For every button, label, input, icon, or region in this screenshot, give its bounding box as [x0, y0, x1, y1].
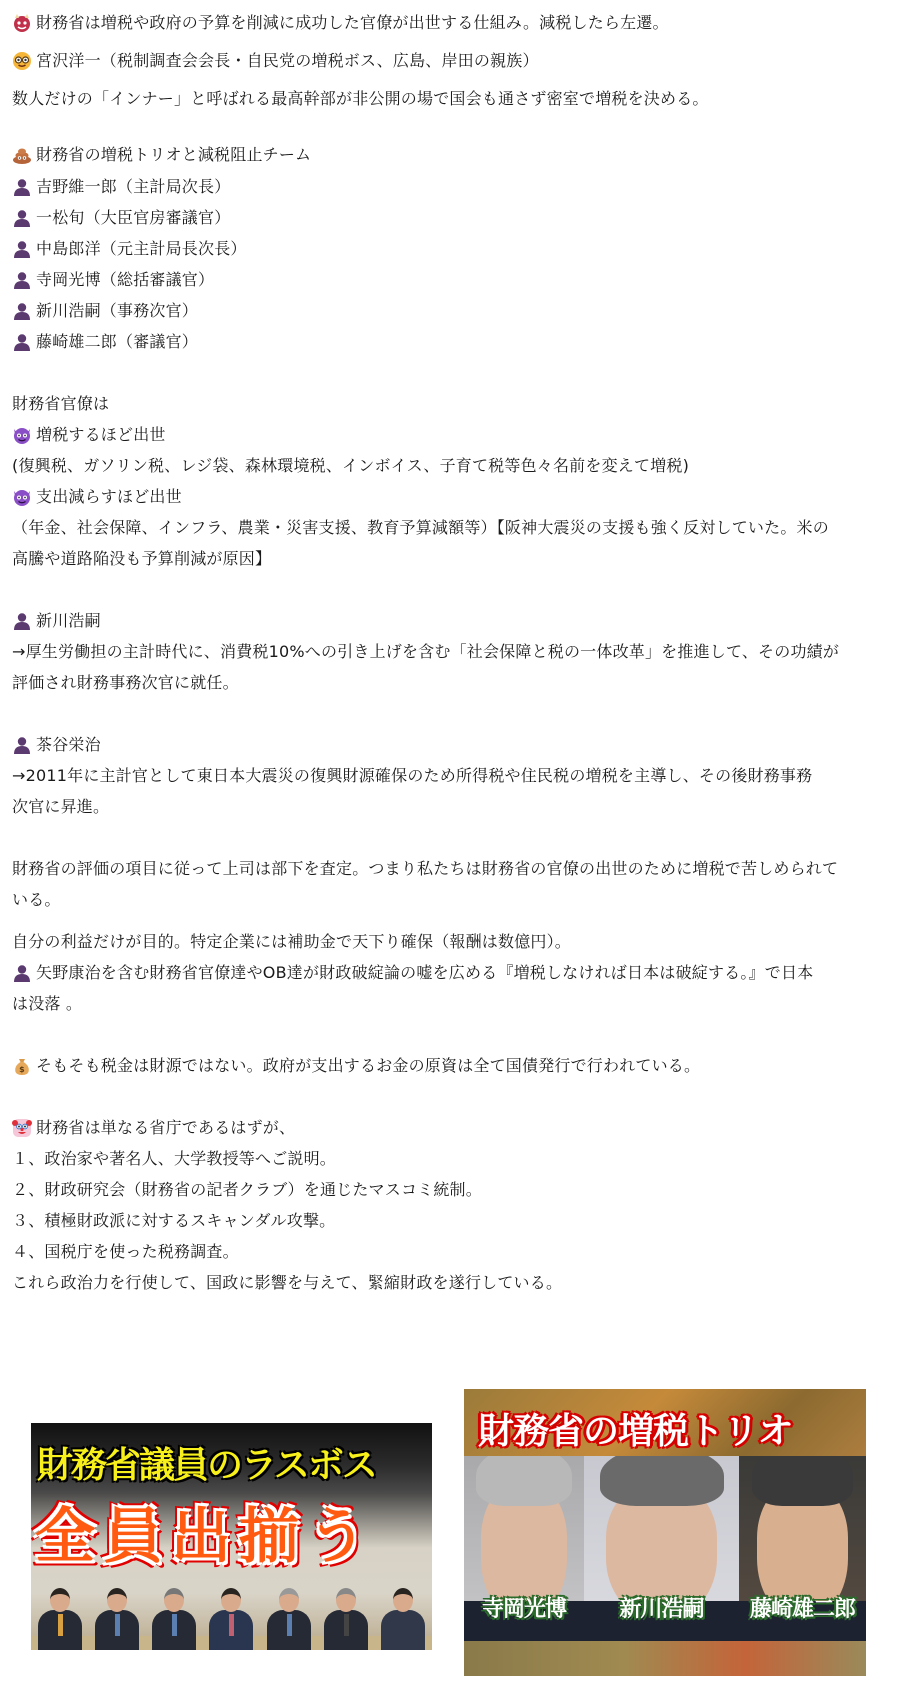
- money-bag-icon: $: [12, 1056, 32, 1076]
- person-list-item: 吉野維一郎（主計局次長）: [12, 175, 230, 199]
- portrait-name: 新川浩嗣: [584, 1592, 739, 1623]
- person-icon: [12, 735, 32, 755]
- line-text: 寺岡光博（総括審議官）: [36, 268, 214, 292]
- person-icon: [12, 332, 32, 352]
- portrait-fujisaki: 藤崎雄二郎: [739, 1456, 866, 1641]
- line-text: 藤崎雄二郎（審議官）: [36, 330, 198, 354]
- text-line-shinkawa-name: 新川浩嗣: [12, 609, 101, 633]
- meeting-attendees: [31, 1570, 432, 1650]
- line-text: 高騰や道路陥没も予算削減が原因】: [12, 547, 271, 571]
- numbered-list-item: ２、財政研究会（財務省の記者クラブ）を通じたマスコミ統制。: [12, 1178, 482, 1202]
- line-text: 自分の利益だけが目的。特定企業には補助金で天下り確保（報酬は数億円）。: [12, 930, 571, 954]
- text-line-spending-list-cont: 高騰や道路陥没も予算削減が原因】: [12, 547, 271, 571]
- person-icon: [12, 301, 32, 321]
- smiling-devil-icon: [12, 425, 32, 445]
- attendee-figure: [152, 1588, 196, 1650]
- line-text: そもそも税金は財源ではない。政府が支出するお金の原資は全て国債発行で行われている…: [36, 1054, 700, 1078]
- text-line-yano: 矢野康治を含む財務省官僚達やOB達が財政破綻論の嘘を広める『増税しなければ日本は…: [12, 961, 813, 985]
- portrait-shinkawa: 新川浩嗣: [584, 1456, 739, 1641]
- person-list-item: 一松旬（大臣官房審議官）: [12, 206, 230, 230]
- line-text: 財務省の増税トリオと減税阻止チーム: [36, 143, 311, 167]
- line-text: いる。: [12, 888, 61, 912]
- person-icon: [12, 270, 32, 290]
- portrait-name: 藤崎雄二郎: [739, 1592, 866, 1623]
- text-line-bureaucrats: 財務省官僚は: [12, 392, 109, 416]
- line-text: 吉野維一郎（主計局次長）: [36, 175, 230, 199]
- line-text: (復興税、ガソリン税、レジ袋、森林環境税、インボイス、子育て税等色々名前を変えて…: [12, 454, 689, 478]
- person-list-item: 寺岡光博（総括審議官）: [12, 268, 214, 292]
- portrait-teraoka: 寺岡光博: [464, 1456, 584, 1641]
- line-text: 評価され財務事務次官に就任。: [12, 671, 239, 695]
- line-text: １、政治家や著名人、大学教授等へご説明。: [12, 1147, 336, 1171]
- text-line-ministry-role: 財務省は単なる省庁であるはずが、: [12, 1116, 295, 1140]
- text-line-chatani-desc: →2011年に主計官として東日本大震災の復興財源確保のため所得税や住民税の増税を…: [12, 764, 812, 788]
- text-line-trio-heading: 財務省の増税トリオと減税阻止チーム: [12, 143, 311, 167]
- line-text: 一松旬（大臣官房審議官）: [36, 206, 230, 230]
- numbered-list-item: １、政治家や著名人、大学教授等へご説明。: [12, 1147, 336, 1171]
- text-line-inner: 数人だけの「インナー」と呼ばれる最高幹部が非公開の場で国会も通さず密室で増税を決…: [12, 87, 709, 111]
- text-line-chatani-name: 茶谷栄治: [12, 733, 101, 757]
- line-text: （年金、社会保障、インフラ、農業・災害支援、教育予算減額等）【阪神大震災の支援も…: [12, 516, 829, 540]
- boss-thumbnail-image: 財務省議員のラスボス 全員出揃う: [31, 1423, 432, 1650]
- text-line-spending-list: （年金、社会保障、インフラ、農業・災害支援、教育予算減額等）【阪神大震災の支援も…: [12, 516, 829, 540]
- text-line-tax-list: (復興税、ガソリン税、レジ袋、森林環境税、インボイス、子育て税等色々名前を変えて…: [12, 454, 689, 478]
- attendee-figure: [381, 1588, 425, 1650]
- clown-face-icon: [12, 1118, 32, 1138]
- line-text: →厚生労働担の主計時代に、消費税10%への引き上げを含む「社会保障と税の一体改革…: [12, 640, 839, 664]
- person-icon: [12, 611, 32, 631]
- trio-thumbnail-image: 財務省の増税トリオ 寺岡光博 新川浩嗣 藤崎雄二郎: [464, 1389, 866, 1676]
- text-line-evaluation: 財務省の評価の項目に従って上司は部下を査定。つまり私たちは財務省の官僚の出世のた…: [12, 857, 838, 881]
- line-text: 財務省は増税や政府の予算を削減に成功した官僚が出世する仕組み。減税したら左遷。: [36, 11, 669, 35]
- text-line-ogre-intro: 財務省は増税や政府の予算を削減に成功した官僚が出世する仕組み。減税したら左遷。: [12, 11, 669, 35]
- svg-text:$: $: [19, 1065, 25, 1074]
- line-text: ３、積極財政派に対するスキャンダル攻撃。: [12, 1209, 335, 1233]
- smiling-devil-icon: [12, 487, 32, 507]
- line-text: 次官に昇進。: [12, 795, 109, 819]
- text-line-chatani-desc-cont: 次官に昇進。: [12, 795, 109, 819]
- person-icon: [12, 177, 32, 197]
- trio-thumbnail-title: 財務省の増税トリオ: [478, 1403, 858, 1454]
- text-line-shinkawa-desc: →厚生労働担の主計時代に、消費税10%への引き上げを含む「社会保障と税の一体改革…: [12, 640, 839, 664]
- attendee-figure: [95, 1588, 139, 1650]
- nerd-face-icon: [12, 51, 32, 71]
- person-icon: [12, 963, 32, 983]
- line-text: 矢野康治を含む財務省官僚達やOB達が財政破綻論の嘘を広める『増税しなければ日本は…: [36, 961, 813, 985]
- line-text: 中島郎洋（元主計局長次長）: [36, 237, 247, 261]
- text-line-miyazawa: 宮沢洋一（税制調査会会長・自民党の増税ボス、広島、岸田の親族）: [12, 49, 539, 73]
- person-list-item: 藤崎雄二郎（審議官）: [12, 330, 198, 354]
- line-text: 増税するほど出世: [36, 423, 166, 447]
- attendee-figure: [209, 1588, 253, 1650]
- line-text: 新川浩嗣（事務次官）: [36, 299, 198, 323]
- person-list-item: 中島郎洋（元主計局長次長）: [12, 237, 247, 261]
- line-text: →2011年に主計官として東日本大震災の復興財源確保のため所得税や住民税の増税を…: [12, 764, 812, 788]
- numbered-list-item: ３、積極財政派に対するスキャンダル攻撃。: [12, 1209, 335, 1233]
- text-line-yano-cont: は没落 。: [12, 992, 82, 1016]
- poop-icon: [12, 145, 32, 165]
- ogre-icon: [12, 13, 32, 33]
- text-line-money-source: $ そもそも税金は財源ではない。政府が支出するお金の原資は全て国債発行で行われて…: [12, 1054, 700, 1078]
- article-body: 財務省は増税や政府の予算を削減に成功した官僚が出世する仕組み。減税したら左遷。 …: [0, 0, 903, 1681]
- line-text: 財務省官僚は: [12, 392, 109, 416]
- line-text: 新川浩嗣: [36, 609, 101, 633]
- line-text: 数人だけの「インナー」と呼ばれる最高幹部が非公開の場で国会も通さず密室で増税を決…: [12, 87, 709, 111]
- attendee-figure: [38, 1588, 82, 1650]
- line-text: は没落 。: [12, 992, 82, 1016]
- line-text: 財務省は単なる省庁であるはずが、: [36, 1116, 295, 1140]
- text-line-evaluation-cont: いる。: [12, 888, 61, 912]
- person-icon: [12, 239, 32, 259]
- text-line-shinkawa-desc-cont: 評価され財務事務次官に就任。: [12, 671, 239, 695]
- line-text: 茶谷栄治: [36, 733, 101, 757]
- line-text: 財務省の評価の項目に従って上司は部下を査定。つまり私たちは財務省の官僚の出世のた…: [12, 857, 838, 881]
- autumn-leaves-strip: [464, 1641, 866, 1676]
- text-line-tax-increase-promotion: 増税するほど出世: [12, 423, 166, 447]
- line-text: 支出減らすほど出世: [36, 485, 182, 509]
- text-line-spending-cut-promotion: 支出減らすほど出世: [12, 485, 182, 509]
- attendee-figure: [267, 1588, 311, 1650]
- boss-thumbnail-title: 財務省議員のラスボス: [37, 1437, 427, 1488]
- boss-thumbnail-subtitle: 全員出揃う: [35, 1489, 429, 1575]
- text-line-conclusion: これら政治力を行使して、国政に影響を与えて、緊縮財政を遂行している。: [12, 1271, 562, 1295]
- line-text: 宮沢洋一（税制調査会会長・自民党の増税ボス、広島、岸田の親族）: [36, 49, 539, 73]
- trio-portraits: 寺岡光博 新川浩嗣 藤崎雄二郎: [464, 1456, 866, 1641]
- line-text: これら政治力を行使して、国政に影響を与えて、緊縮財政を遂行している。: [12, 1271, 562, 1295]
- attendee-figure: [324, 1588, 368, 1650]
- line-text: ２、財政研究会（財務省の記者クラブ）を通じたマスコミ統制。: [12, 1178, 482, 1202]
- numbered-list-item: ４、国税庁を使った税務調査。: [12, 1240, 239, 1264]
- person-icon: [12, 208, 32, 228]
- line-text: ４、国税庁を使った税務調査。: [12, 1240, 239, 1264]
- text-line-self-interest: 自分の利益だけが目的。特定企業には補助金で天下り確保（報酬は数億円）。: [12, 930, 571, 954]
- portrait-name: 寺岡光博: [464, 1592, 584, 1623]
- person-list-item: 新川浩嗣（事務次官）: [12, 299, 198, 323]
